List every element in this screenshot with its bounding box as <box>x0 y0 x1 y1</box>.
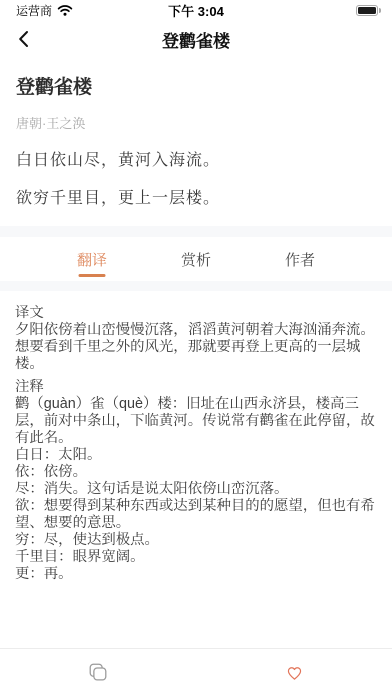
note-line: 欲：想要得到某种东西或达到某种目的的愿望，但也有希望、想要的意思。 <box>15 498 377 532</box>
app-screen: 运营商 下午 3:04 登鹳雀楼 登鹳雀楼 唐朝·王之涣 白日依山尽，黄河入海流… <box>0 0 392 696</box>
poem-author: 唐朝·王之涣 <box>16 113 376 132</box>
page-title: 登鹳雀楼 <box>0 27 392 52</box>
note-line: 鹳（guàn）雀（què）楼：旧址在山西永济县，楼高三层，前对中条山，下临黄河。… <box>15 396 377 447</box>
nav-bar: 登鹳雀楼 <box>0 20 392 58</box>
poem-section: 登鹳雀楼 唐朝·王之涣 白日依山尽，黄河入海流。 欲穷千里目，更上一层楼。 <box>0 58 392 226</box>
battery-icon <box>356 5 378 16</box>
poem-title: 登鹳雀楼 <box>16 72 376 99</box>
tab-content[interactable]: 译文 夕阳依傍着山峦慢慢沉落，滔滔黄河朝着大海汹涌奔流。想要看到千里之外的风光，… <box>0 291 392 648</box>
heart-icon <box>285 664 304 682</box>
notes-section: 注释 鹳（guàn）雀（què）楼：旧址在山西永济县，楼高三层，前对中条山，下临… <box>15 379 377 583</box>
translation-text: 夕阳依傍着山峦慢慢沉落，滔滔黄河朝着大海汹涌奔流。想要看到千里之外的风光，那就要… <box>15 322 377 373</box>
chevron-left-icon <box>18 30 29 48</box>
section-divider <box>0 281 392 291</box>
bottom-toolbar <box>0 648 392 696</box>
tab-label: 作者 <box>285 249 315 270</box>
note-line: 白日：太阳。 <box>15 447 377 464</box>
tab-appreciation[interactable]: 赏析 <box>144 237 248 281</box>
section-heading: 译文 <box>15 305 377 322</box>
status-time: 下午 3:04 <box>0 1 392 20</box>
back-button[interactable] <box>0 24 39 54</box>
tab-translation[interactable]: 翻译 <box>40 237 144 281</box>
tab-bar: 翻译 赏析 作者 <box>40 237 352 281</box>
copy-button[interactable] <box>0 649 196 696</box>
section-divider <box>0 226 392 237</box>
tab-label: 翻译 <box>77 249 107 270</box>
note-line: 更：再。 <box>15 566 377 583</box>
note-line: 穷：尽，使达到极点。 <box>15 532 377 549</box>
copy-icon <box>87 662 109 684</box>
status-bar: 运营商 下午 3:04 <box>0 0 392 20</box>
poem-line: 白日依山尽，黄河入海流。 <box>16 147 376 170</box>
favorite-button[interactable] <box>196 649 392 696</box>
translation-section: 译文 夕阳依傍着山峦慢慢沉落，滔滔黄河朝着大海汹涌奔流。想要看到千里之外的风光，… <box>15 305 377 373</box>
note-line: 依：依傍。 <box>15 464 377 481</box>
note-line: 尽：消失。这句话是说太阳依傍山峦沉落。 <box>15 481 377 498</box>
active-tab-indicator <box>79 274 106 277</box>
tab-author[interactable]: 作者 <box>248 237 352 281</box>
tab-label: 赏析 <box>181 249 211 270</box>
section-heading: 注释 <box>15 379 377 396</box>
note-line: 千里目：眼界宽阔。 <box>15 549 377 566</box>
poem-line: 欲穷千里目，更上一层楼。 <box>16 185 376 208</box>
